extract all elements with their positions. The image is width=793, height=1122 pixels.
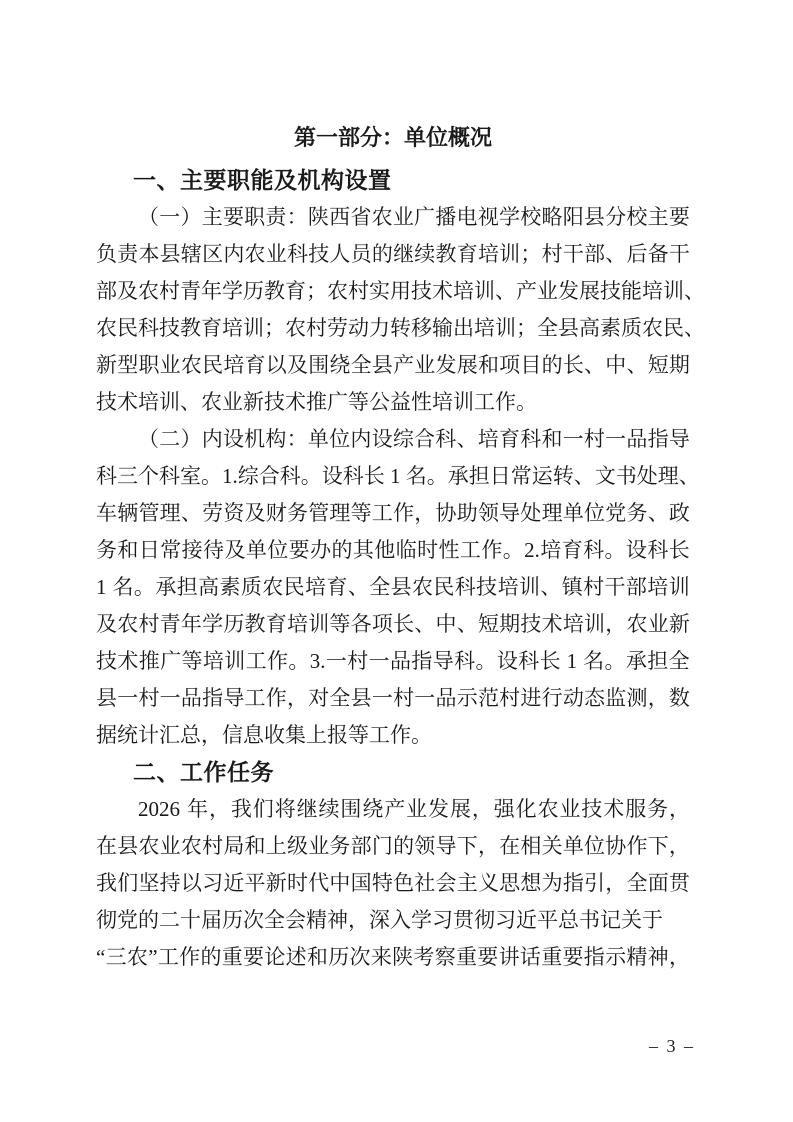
- body-text-line: 技术培训、农业新技术推广等公益性培训工作。: [96, 384, 690, 421]
- page-footer: – 3 –: [649, 1036, 695, 1057]
- page-number: – 3 –: [649, 1036, 695, 1056]
- body-text-line: （二）内设机构：单位内设综合科、培育科和一村一品指导: [96, 421, 690, 458]
- body-text-line: “三农”工作的重要论述和历次来陕考察重要讲话重要指示精神，: [96, 939, 690, 976]
- document-page: 第一部分：单位概况 一、主要职能及机构设置（一）主要职责：陕西省农业广播电视学校…: [0, 0, 793, 1122]
- body-text-line: （一）主要职责：陕西省农业广播电视学校略阳县分校主要: [96, 199, 690, 236]
- body-text-line: 部及农村青年学历教育；农村实用技术培训、产业发展技能培训、: [96, 273, 690, 310]
- body-text-line: 新型职业农民培育以及围绕全县产业发展和项目的长、中、短期: [96, 347, 690, 384]
- body-text-line: 在县农业农村局和上级业务部门的领导下，在相关单位协作下，: [96, 828, 690, 865]
- body-text-line: 及农村青年学历教育培训等各项长、中、短期技术培训，农业新: [96, 606, 690, 643]
- document-body: 一、主要职能及机构设置（一）主要职责：陕西省农业广播电视学校略阳县分校主要负责本…: [96, 162, 690, 976]
- body-text-line: 务和日常接待及单位要办的其他临时性工作。2.培育科。设科长: [96, 532, 690, 569]
- body-text-line: 据统计汇总，信息收集上报等工作。: [96, 717, 690, 754]
- body-text-line: 农民科技教育培训；农村劳动力转移输出培训；全县高素质农民、: [96, 310, 690, 347]
- body-text-line: 2026 年，我们将继续围绕产业发展，强化农业技术服务，: [96, 791, 690, 828]
- section-heading: 一、主要职能及机构设置: [96, 162, 690, 199]
- body-text-line: 负责本县辖区内农业科技人员的继续教育培训；村干部、后备干: [96, 236, 690, 273]
- body-text-line: 科三个科室。1.综合科。设科长 1 名。承担日常运转、文书处理、: [96, 458, 690, 495]
- document-title: 第一部分：单位概况: [96, 119, 690, 156]
- document-content: 第一部分：单位概况 一、主要职能及机构设置（一）主要职责：陕西省农业广播电视学校…: [96, 119, 690, 976]
- body-text-line: 我们坚持以习近平新时代中国特色社会主义思想为指引，全面贯: [96, 865, 690, 902]
- body-text-line: 车辆管理、劳资及财务管理等工作，协助领导处理单位党务、政: [96, 495, 690, 532]
- body-text-line: 县一村一品指导工作，对全县一村一品示范村进行动态监测，数: [96, 680, 690, 717]
- body-text-line: 技术推广等培训工作。3.一村一品指导科。设科长 1 名。承担全: [96, 643, 690, 680]
- body-text-line: 彻党的二十届历次全会精神，深入学习贯彻习近平总书记关于: [96, 902, 690, 939]
- body-text-line: 1 名。承担高素质农民培育、全县农民科技培训、镇村干部培训: [96, 569, 690, 606]
- section-heading: 二、工作任务: [96, 754, 690, 791]
